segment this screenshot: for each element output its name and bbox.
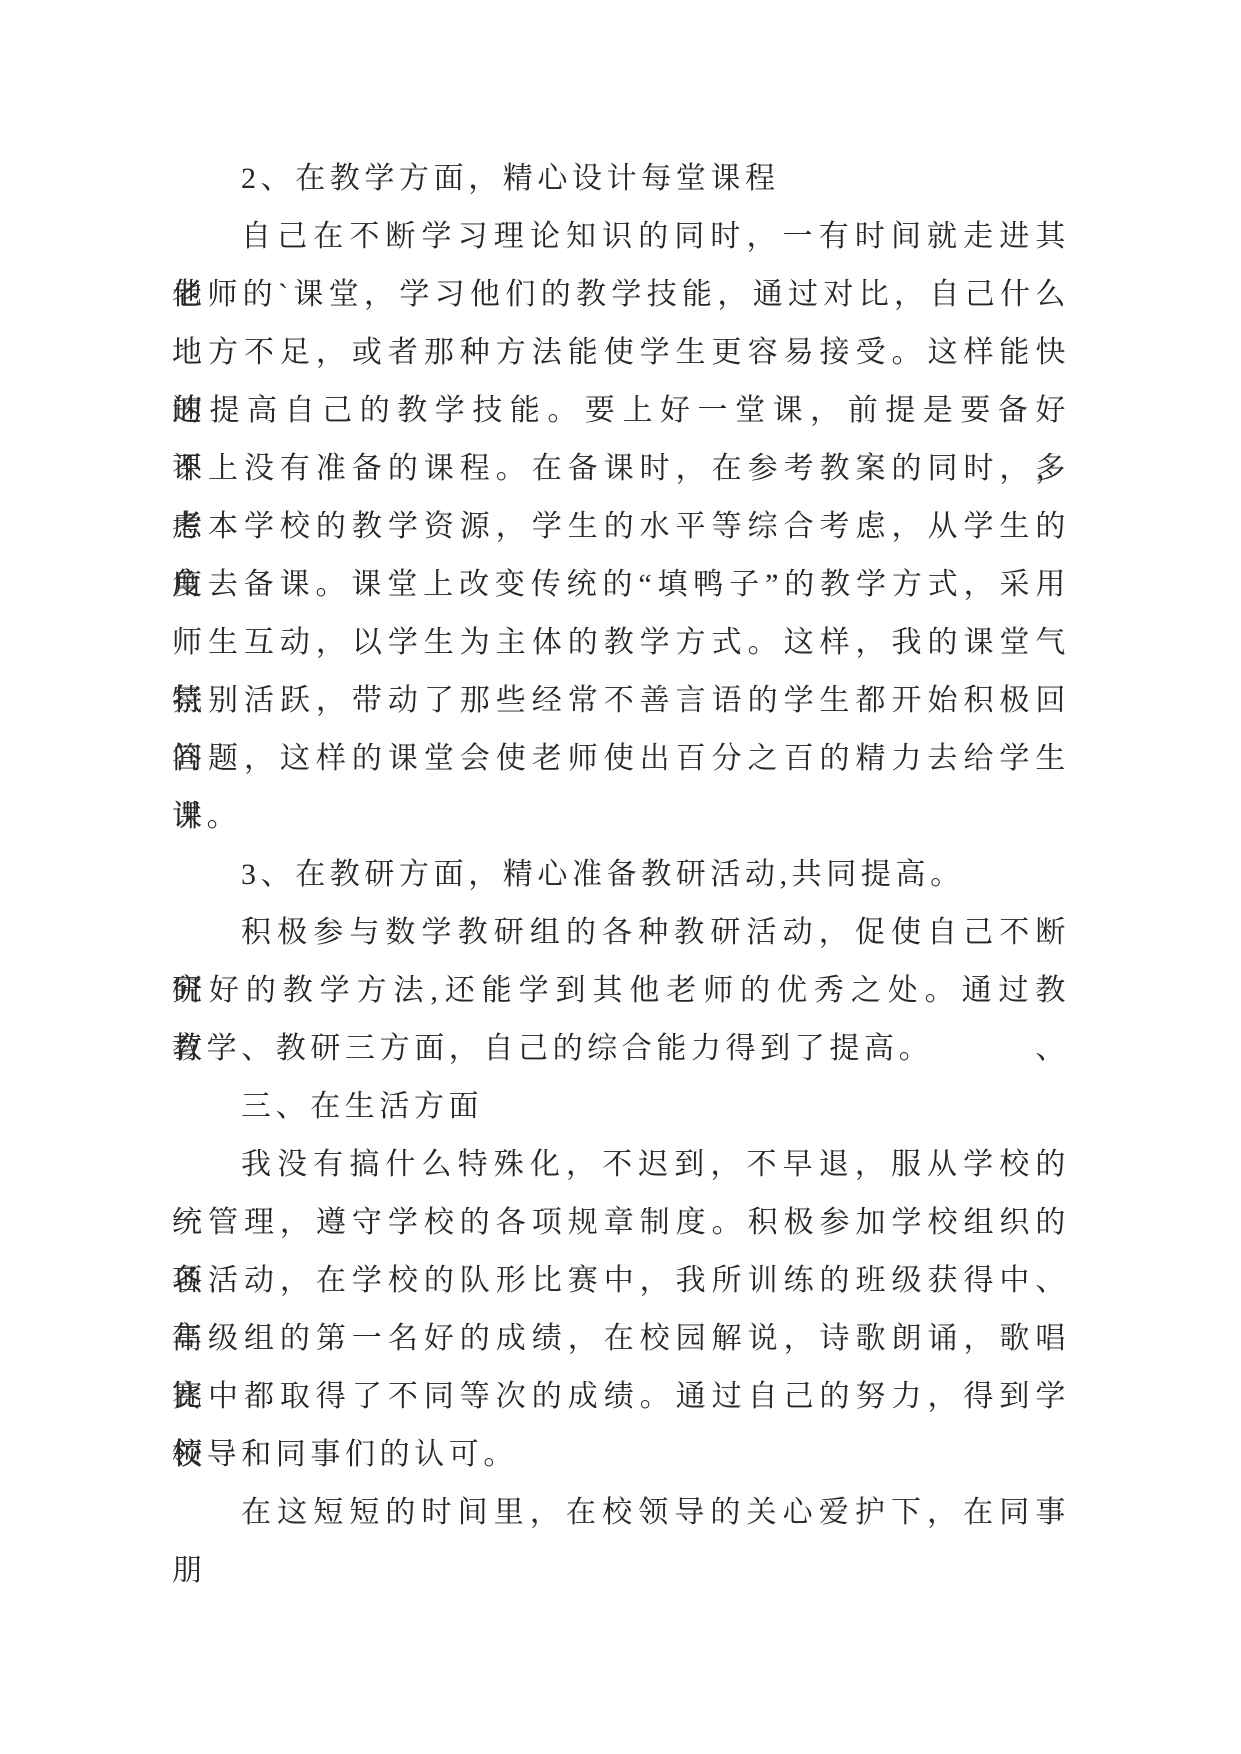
text-line: 2、在教学方面，精心设计每堂课程 xyxy=(172,150,1070,208)
text-line: 虑本学校的教学资源，学生的水平等综合考虑，从学生的角 xyxy=(172,498,1070,556)
text-line: 三、在生活方面 xyxy=(172,1078,1070,1136)
text-line: 积极参与数学教研组的各种教研活动，促使自己不断研 xyxy=(172,904,1070,962)
text-line: 课。 xyxy=(172,788,1070,846)
text-line: 地方不足，或者那种方法能使学生更容易接受。这样能快速 xyxy=(172,324,1070,382)
text-line: 赛中都取得了不同等次的成绩。通过自己的努力，得到学校 xyxy=(172,1368,1070,1426)
text-line: 在这短短的时间里，在校领导的关心爱护下，在同事朋 xyxy=(172,1484,1070,1542)
text-line: 年级组的第一名好的成绩，在校园解说，诗歌朗诵，歌唱比 xyxy=(172,1310,1070,1368)
text-line: 自己在不断学习理论知识的同时，一有时间就走进其他 xyxy=(172,208,1070,266)
text-line: 我没有搞什么特殊化，不迟到，不早退，服从学校的统 xyxy=(172,1136,1070,1194)
text-line: 究好的教学方法,还能学到其他老师的优秀之处。通过教育、 xyxy=(172,962,1070,1020)
text-line: 问题，这样的课堂会使老师使出百分之百的精力去给学生讲 xyxy=(172,730,1070,788)
text-line: 度去备课。课堂上改变传统的“填鸭子”的教学方式，采用 xyxy=(172,556,1070,614)
text-line: 3、在教研方面，精心准备教研活动,共同提高。 xyxy=(172,846,1070,904)
text-line: 不上没有准备的课程。在备课时，在参考教案的同时，多考 xyxy=(172,440,1070,498)
text-line: 老师的`课堂，学习他们的教学技能，通过对比，自己什么 xyxy=(172,266,1070,324)
text-line: 一管理，遵守学校的各项规章制度。积极参加学校组织的各 xyxy=(172,1194,1070,1252)
text-line: 项活动，在学校的队形比赛中，我所训练的班级获得中、高 xyxy=(172,1252,1070,1310)
text-line: 特别活跃，带动了那些经常不善言语的学生都开始积极回答 xyxy=(172,672,1070,730)
text-line: 的提高自己的教学技能。要上好一堂课，前提是要备好课， xyxy=(172,382,1070,440)
text-line: 师生互动，以学生为主体的教学方式。这样，我的课堂气氛 xyxy=(172,614,1070,672)
text-line: 领导和同事们的认可。 xyxy=(172,1426,1070,1484)
text-body: 2、在教学方面，精心设计每堂课程自己在不断学习理论知识的同时，一有时间就走进其他… xyxy=(172,150,1070,1542)
document-page: 2、在教学方面，精心设计每堂课程自己在不断学习理论知识的同时，一有时间就走进其他… xyxy=(0,0,1241,1754)
